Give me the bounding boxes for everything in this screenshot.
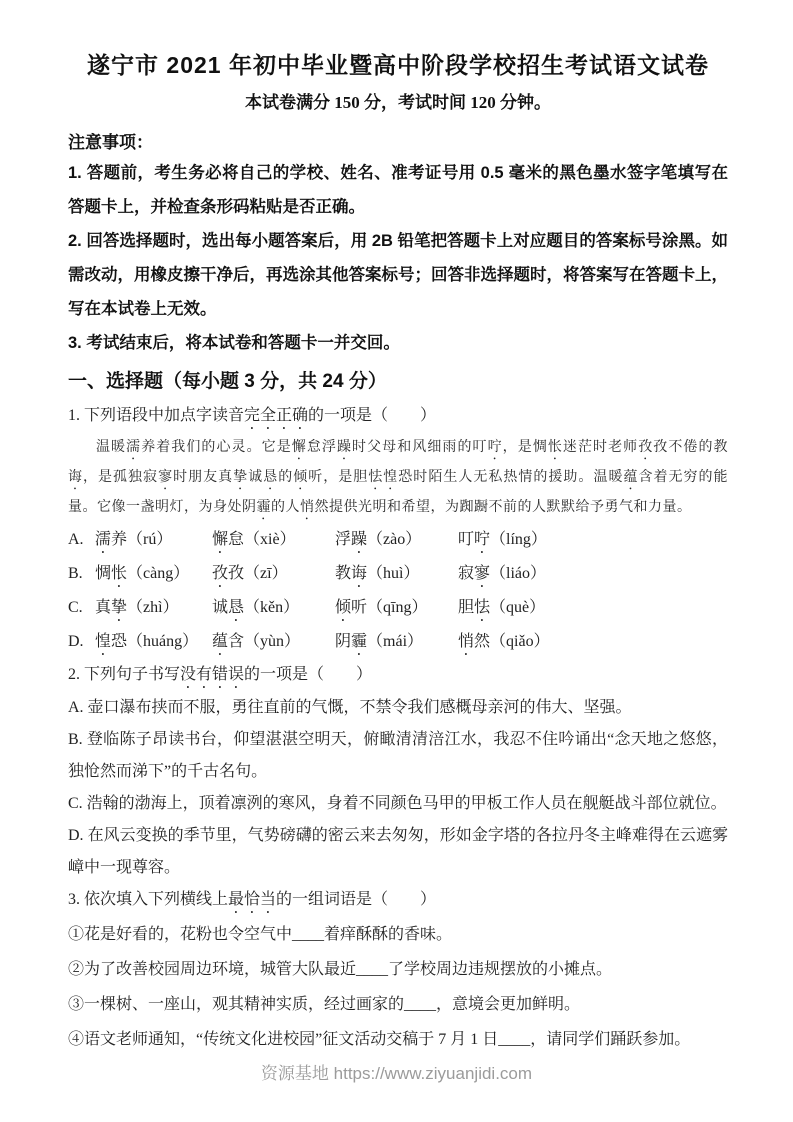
q2-stem: 2. 下列句子书写没有错误的一项是（ ）	[68, 659, 728, 692]
option-cell: 孜孜（zī）	[212, 557, 335, 591]
option-label-b: B.	[68, 557, 95, 591]
option-cell: 阴霾（mái）	[335, 625, 458, 659]
q1-option-row-b: B. 惆怅（càng） 孜孜（zī） 教诲（huì） 寂寥（liáo）	[68, 557, 728, 591]
option-cell: 惶恐（huáng）	[95, 625, 212, 659]
option-cell: 真挚（zhì）	[95, 591, 212, 625]
option-label-c: C.	[68, 591, 95, 625]
exam-page: 遂宁市 2021 年初中毕业暨高中阶段学校招生考试语文试卷 本试卷满分 150 …	[0, 0, 793, 1122]
q1-option-row-d: D. 惶恐（huáng） 蕴含（yùn） 阴霾（mái） 悄然（qiǎo）	[68, 625, 728, 659]
q3-stem: 3. 依次填入下列横线上最恰当的一组词语是（ ）	[68, 884, 728, 917]
option-cell: 胆怯（què）	[458, 591, 728, 625]
notice-item-3: 3. 考试结束后，将本试卷和答题卡一并交回。	[68, 326, 728, 360]
page-title: 遂宁市 2021 年初中毕业暨高中阶段学校招生考试语文试卷	[68, 50, 728, 80]
option-cell: 濡养（rú）	[95, 523, 212, 557]
q3-item-2: ②为了改善校园周边环境，城管大队最近____了学校周边违规摆放的小摊点。	[68, 952, 728, 987]
option-label-a: A.	[68, 523, 95, 557]
q3-item-1: ①花是好看的，花粉也令空气中____着痒酥酥的香味。	[68, 917, 728, 952]
notice-heading: 注意事项：	[68, 130, 728, 156]
option-cell: 诚恳（kěn）	[212, 591, 335, 625]
q2-option-d: D. 在风云变换的季节里，气势磅礴的密云来去匆匆，形如金字塔的各拉丹冬主峰难得在…	[68, 820, 728, 884]
q1-option-row-c: C. 真挚（zhì） 诚恳（kěn） 倾听（qīng） 胆怯（què）	[68, 591, 728, 625]
q3-item-4: ④语文老师通知，“传统文化进校园”征文活动交稿于 7 月 1 日____，请同学…	[68, 1022, 728, 1057]
option-cell: 浮躁（zào）	[335, 523, 458, 557]
q1-stem: 1. 下列语段中加点字读音完全正确的一项是（ ）	[68, 400, 728, 433]
q2-option-b: B. 登临陈子昂读书台，仰望湛湛空明天，俯瞰清清涪江水，我忍不住吟诵出“念天地之…	[68, 724, 728, 788]
q2-option-a: A. 壶口瀑布挟而不服，勇往直前的气慨，不禁令我们感概母亲河的伟大、坚强。	[68, 692, 728, 724]
footer-watermark: 资源基地 https://www.ziyuanjidi.com	[0, 1062, 793, 1086]
exam-subtitle: 本试卷满分 150 分，考试时间 120 分钟。	[68, 90, 728, 116]
section-heading: 一、选择题（每小题 3 分，共 24 分）	[68, 364, 728, 400]
notice-item-1: 1. 答题前，考生务必将自己的学校、姓名、准考证号用 0.5 毫米的黑色墨水签字…	[68, 156, 728, 224]
notice-item-2: 2. 回答选择题时，选出每小题答案后，用 2B 铅笔把答题卡上对应题目的答案标号…	[68, 224, 728, 326]
q2-option-c: C. 浩翰的渤海上，顶着凛洌的寒风，身着不同颜色马甲的甲板工作人员在舰艇战斗部位…	[68, 788, 728, 820]
q1-option-row-a: A. 濡养（rú） 懈怠（xiè） 浮躁（zào） 叮咛（líng）	[68, 523, 728, 557]
option-cell: 惆怅（càng）	[95, 557, 212, 591]
option-cell: 倾听（qīng）	[335, 591, 458, 625]
option-cell: 悄然（qiǎo）	[458, 625, 728, 659]
option-cell: 蕴含（yùn）	[212, 625, 335, 659]
q3-item-3: ③一棵树、一座山，观其精神实质，经过画家的____，意境会更加鲜明。	[68, 987, 728, 1022]
option-label-d: D.	[68, 625, 95, 659]
option-cell: 寂寥（liáo）	[458, 557, 728, 591]
q1-passage: 温暖濡养着我们的心灵。它是懈怠浮躁时父母和风细雨的叮咛，是惆怅迷茫时老师孜孜不倦…	[68, 433, 728, 523]
option-cell: 懈怠（xiè）	[212, 523, 335, 557]
option-cell: 叮咛（líng）	[458, 523, 728, 557]
option-cell: 教诲（huì）	[335, 557, 458, 591]
